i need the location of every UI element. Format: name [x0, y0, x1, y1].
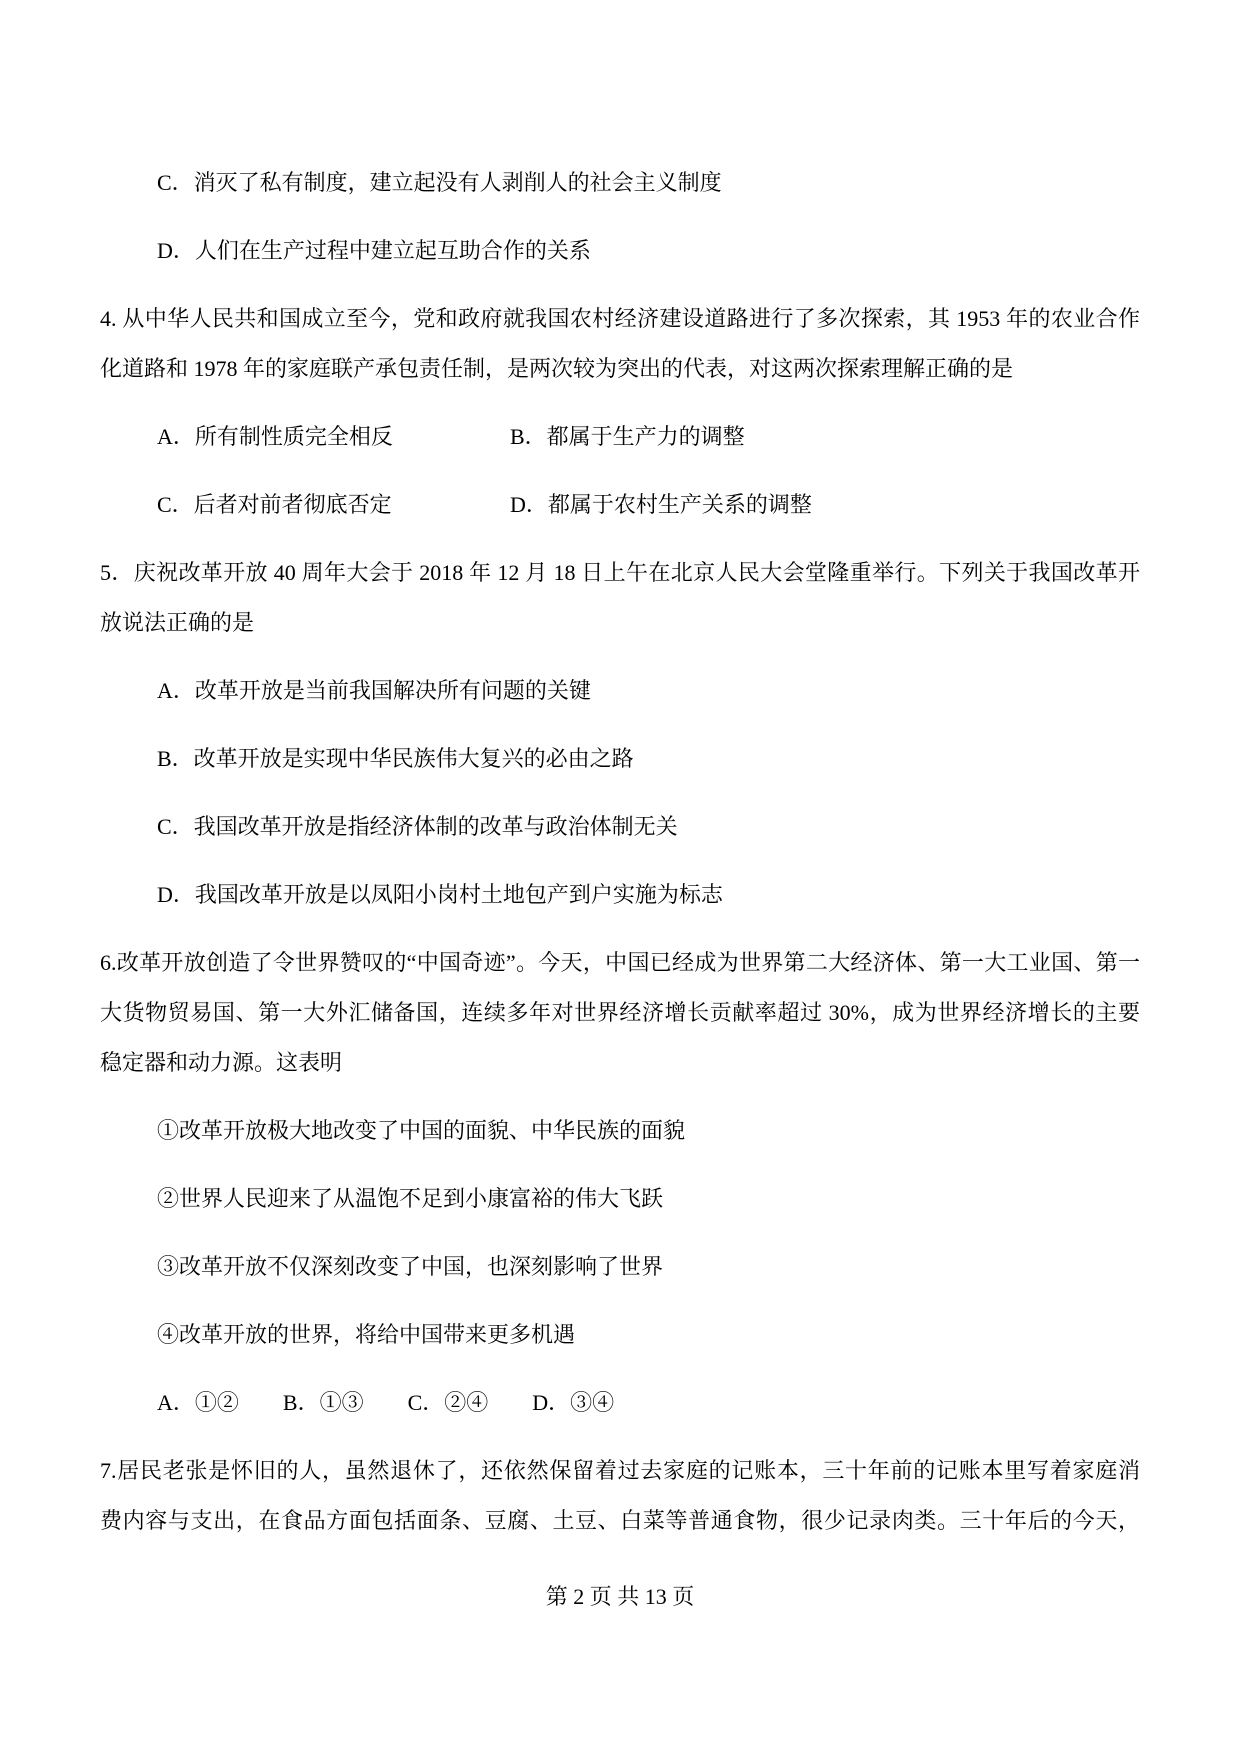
q4-option-a: A．所有制性质完全相反 [157, 412, 510, 462]
q5-option-b: B．改革开放是实现中华民族伟大复兴的必由之路 [100, 734, 1140, 784]
q6-choice-a: A．①② [157, 1378, 239, 1428]
q5-stem-line-2: 放说法正确的是 [100, 598, 1140, 648]
q6-choice-d: D．③④ [532, 1378, 614, 1428]
q6-stem-line-2: 大货物贸易国、第一大外汇储备国，连续多年对世界经济增长贡献率超过 30%，成为世… [100, 988, 1140, 1038]
q4-stem-line-2: 化道路和 1978 年的家庭联产承包责任制，是两次较为突出的代表，对这两次探索理… [100, 344, 1140, 394]
q6-choices-row: A．①② B．①③ C．②④ D．③④ [100, 1378, 1140, 1428]
q6-choice-b: B．①③ [283, 1378, 364, 1428]
q3-option-d: D．人们在生产过程中建立起互助合作的关系 [100, 226, 1140, 276]
q5-option-a: A．改革开放是当前我国解决所有问题的关键 [100, 666, 1140, 716]
q4-option-d: D．都属于农村生产关系的调整 [510, 480, 812, 530]
q5-stem-line-1: 5．庆祝改革开放 40 周年大会于 2018 年 12 月 18 日上午在北京人… [100, 548, 1140, 598]
q6-item-4: ④改革开放的世界，将给中国带来更多机遇 [100, 1310, 1140, 1360]
q4-option-b: B．都属于生产力的调整 [510, 412, 745, 462]
q6-stem-line-3: 稳定器和动力源。这表明 [100, 1038, 1140, 1088]
q6-choice-c: C．②④ [408, 1378, 489, 1428]
q7-stem-line-2: 费内容与支出，在食品方面包括面条、豆腐、土豆、白菜等普通食物，很少记录肉类。三十… [100, 1496, 1140, 1546]
q6-item-2: ②世界人民迎来了从温饱不足到小康富裕的伟大飞跃 [100, 1174, 1140, 1224]
q4-stem: 4. 从中华人民共和国成立至今，党和政府就我国农村经济建设道路进行了多次探索，其… [100, 294, 1140, 394]
q4-stem-line-1: 4. 从中华人民共和国成立至今，党和政府就我国农村经济建设道路进行了多次探索，其… [100, 294, 1140, 344]
q4-options-row-ab: A．所有制性质完全相反 B．都属于生产力的调整 [100, 412, 1140, 462]
q4-options-row-cd: C．后者对前者彻底否定 D．都属于农村生产关系的调整 [100, 480, 1140, 530]
q7-stem: 7.居民老张是怀旧的人，虽然退休了，还依然保留着过去家庭的记账本，三十年前的记账… [100, 1446, 1140, 1546]
page-number-footer: 第 2 页 共 13 页 [100, 1572, 1140, 1622]
q6-stem: 6.改革开放创造了令世界赞叹的“中国奇迹”。今天，中国已经成为世界第二大经济体、… [100, 938, 1140, 1088]
q7-stem-line-1: 7.居民老张是怀旧的人，虽然退休了，还依然保留着过去家庭的记账本，三十年前的记账… [100, 1446, 1140, 1496]
exam-page: C．消灭了私有制度，建立起没有人剥削人的社会主义制度 D．人们在生产过程中建立起… [0, 0, 1240, 1754]
q4-option-c: C．后者对前者彻底否定 [157, 480, 510, 530]
q5-option-c: C．我国改革开放是指经济体制的改革与政治体制无关 [100, 802, 1140, 852]
q5-option-d: D．我国改革开放是以凤阳小岗村土地包产到户实施为标志 [100, 870, 1140, 920]
q5-stem: 5．庆祝改革开放 40 周年大会于 2018 年 12 月 18 日上午在北京人… [100, 548, 1140, 648]
q3-option-c: C．消灭了私有制度，建立起没有人剥削人的社会主义制度 [100, 158, 1140, 208]
q6-item-1: ①改革开放极大地改变了中国的面貌、中华民族的面貌 [100, 1106, 1140, 1156]
q6-stem-line-1: 6.改革开放创造了令世界赞叹的“中国奇迹”。今天，中国已经成为世界第二大经济体、… [100, 938, 1140, 988]
q6-item-3: ③改革开放不仅深刻改变了中国，也深刻影响了世界 [100, 1242, 1140, 1292]
